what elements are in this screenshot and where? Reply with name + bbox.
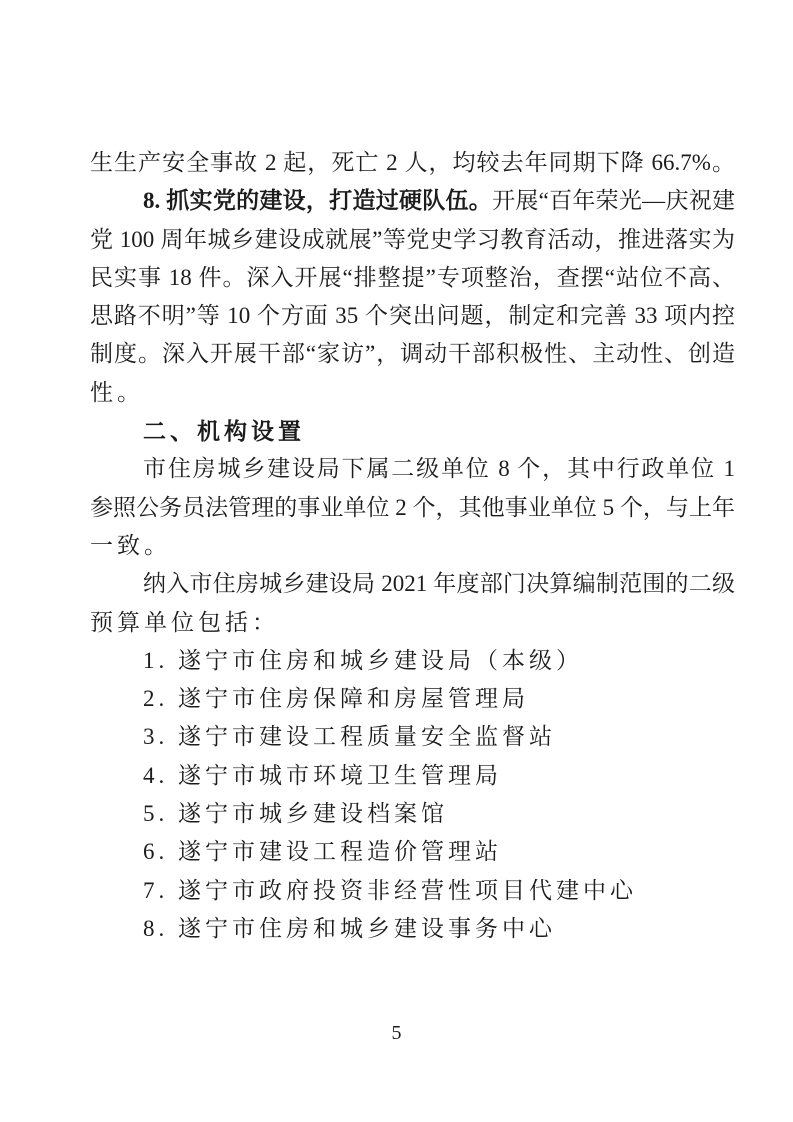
paragraph-8-line-6: 性。 bbox=[90, 374, 735, 412]
unit-list-item: 1. 遂宁市住房和城乡建设局（本级） bbox=[90, 642, 735, 680]
document-body: 生生产安全事故 2 起，死亡 2 人，均较去年同期下降 66.7%。 8. 抓实… bbox=[90, 144, 735, 948]
section-heading-organization: 二、机构设置 bbox=[90, 412, 735, 450]
paragraph-8-line-3: 民实事 18 件。深入开展“排整提”专项整治，查摆“站位不高、 bbox=[90, 259, 735, 297]
document-page: 生生产安全事故 2 起，死亡 2 人，均较去年同期下降 66.7%。 8. 抓实… bbox=[0, 0, 793, 1122]
paragraph-8-bold-lead: 8. 抓实党的建设，打造过硬队伍。 bbox=[143, 188, 492, 213]
unit-list-item: 2. 遂宁市住房保障和房屋管理局 bbox=[90, 680, 735, 718]
paragraph-8-rest: 开展“百年荣光—庆祝建 bbox=[492, 188, 735, 213]
paragraph-8-line-1: 8. 抓实党的建设，打造过硬队伍。开展“百年荣光—庆祝建 bbox=[90, 182, 735, 220]
paragraph-8-line-5: 制度。深入开展干部“家访”，调动干部积极性、主动性、创造 bbox=[90, 335, 735, 373]
paragraph-org-line-1: 市住房城乡建设局下属二级单位 8 个，其中行政单位 1 个， bbox=[90, 450, 735, 488]
paragraph-org-line-2: 参照公务员法管理的事业单位 2 个，其他事业单位 5 个，与上年 bbox=[90, 489, 735, 527]
unit-list-item: 4. 遂宁市城市环境卫生管理局 bbox=[90, 757, 735, 795]
paragraph-8-line-4: 思路不明”等 10 个方面 35 个突出问题，制定和完善 33 项内控 bbox=[90, 297, 735, 335]
unit-list-item: 8. 遂宁市住房和城乡建设事务中心 bbox=[90, 910, 735, 948]
paragraph-8-line-2: 党 100 周年城乡建设成就展”等党史学习教育活动，推进落实为 bbox=[90, 221, 735, 259]
paragraph-scope-line-2: 预算单位包括： bbox=[90, 604, 735, 642]
page-number: 5 bbox=[0, 1022, 793, 1045]
unit-list-item: 6. 遂宁市建设工程造价管理站 bbox=[90, 833, 735, 871]
paragraph-safety-line: 生生产安全事故 2 起，死亡 2 人，均较去年同期下降 66.7%。 bbox=[90, 144, 735, 182]
unit-list-item: 5. 遂宁市城乡建设档案馆 bbox=[90, 795, 735, 833]
unit-list-item: 7. 遂宁市政府投资非经营性项目代建中心 bbox=[90, 872, 735, 910]
paragraph-scope-line-1: 纳入市住房城乡建设局 2021 年度部门决算编制范围的二级 bbox=[90, 565, 735, 603]
paragraph-org-line-3: 一致。 bbox=[90, 527, 735, 565]
unit-list-item: 3. 遂宁市建设工程质量安全监督站 bbox=[90, 718, 735, 756]
